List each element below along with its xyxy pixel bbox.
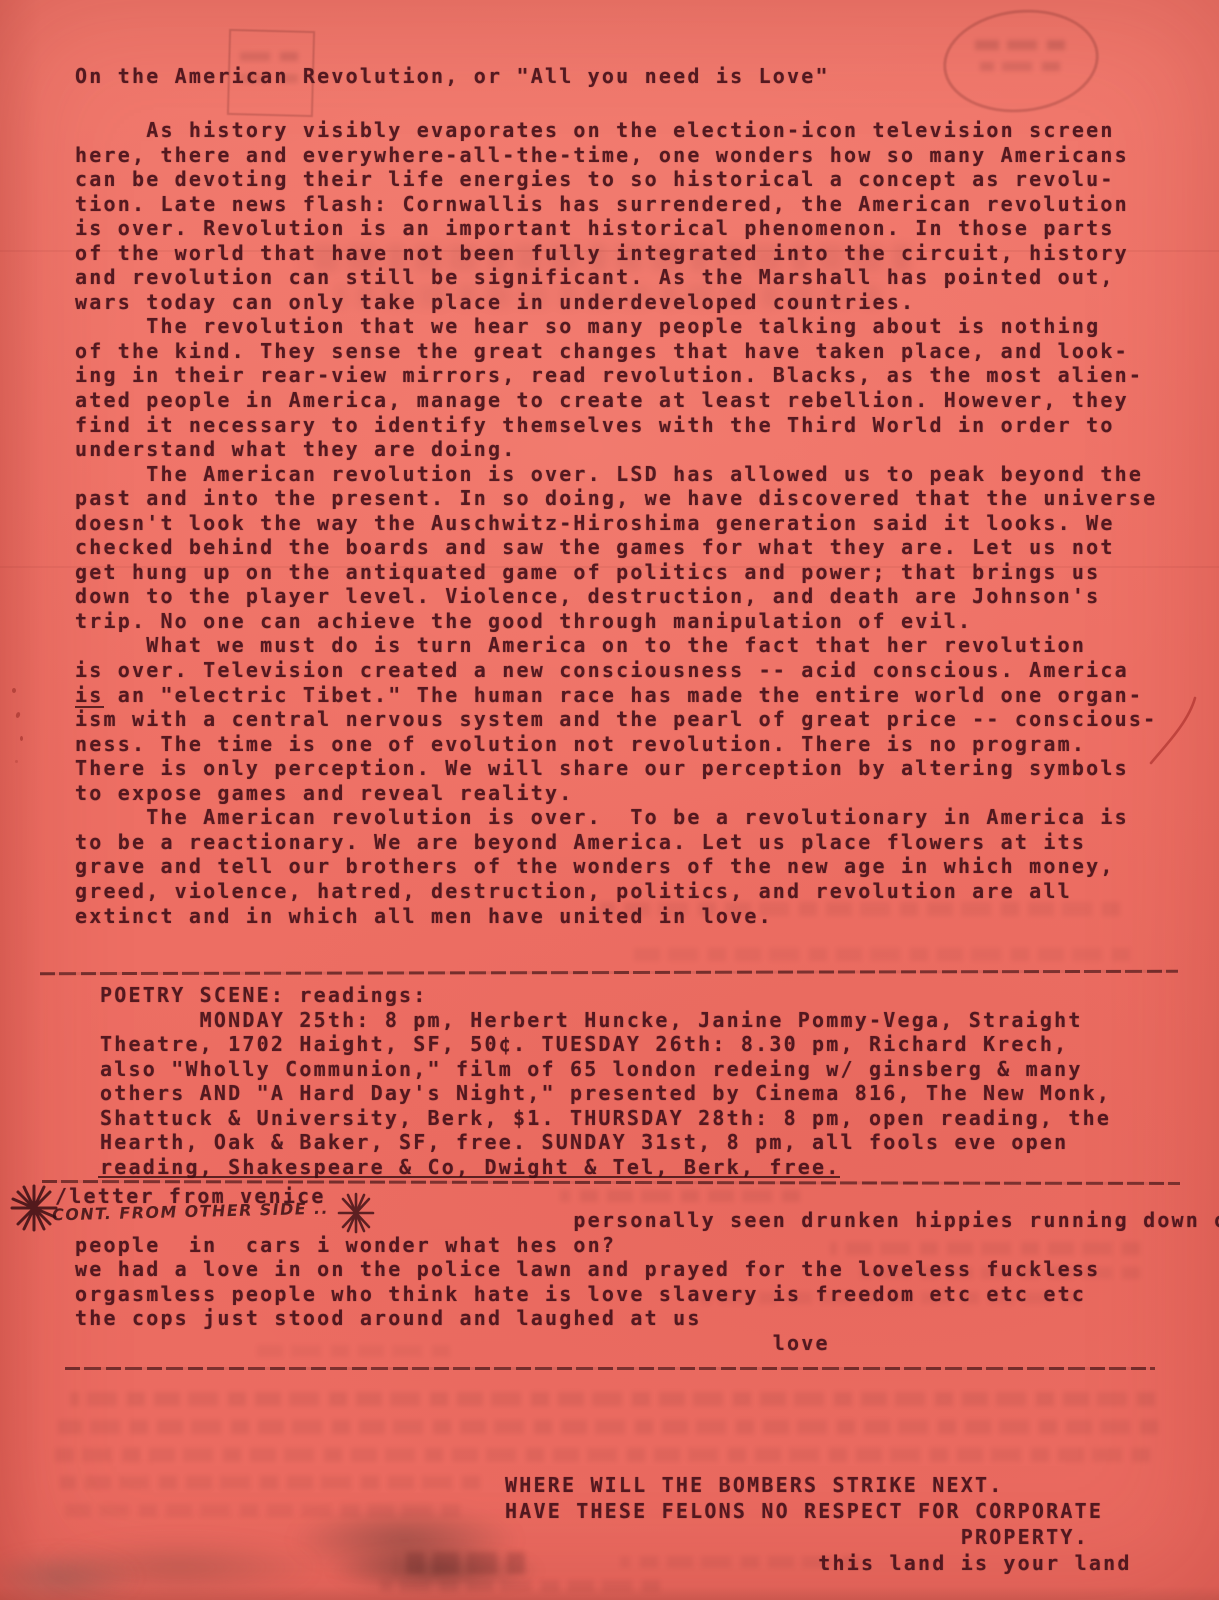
- bleedthrough-text: [560, 1190, 800, 1202]
- ink-speck: [15, 760, 18, 763]
- red-pen-mark: [1148, 695, 1200, 767]
- bleedthrough-text: [980, 62, 1060, 71]
- bleedthrough-stamp: [938, 2, 1104, 120]
- essay-body: As history visibly evaporates on the ele…: [75, 118, 1157, 928]
- ink-splat-star-icon: [10, 1184, 58, 1232]
- ink-speck: [20, 736, 23, 741]
- paper-edge-shade: [0, 0, 42, 1600]
- bleedthrough-text: [55, 1448, 1150, 1462]
- bottom-notice: WHERE WILL THE BOMBERS STRIKE NEXT. HAVE…: [505, 1472, 1132, 1576]
- letter-body: personally seen drunken hippies running …: [75, 1208, 1219, 1355]
- is-word-underline: [75, 706, 104, 708]
- ink-speck: [15, 711, 21, 718]
- section-divider: [40, 970, 1178, 975]
- bleedthrough-text: [58, 1420, 1158, 1434]
- section-divider: [65, 1367, 1155, 1370]
- bleedthrough-text: [60, 1476, 480, 1489]
- poetry-scene-listings: POETRY SCENE: readings: MONDAY 25th: 8 p…: [100, 983, 1111, 1179]
- bleedthrough-text: [70, 1392, 1155, 1406]
- document-page: On the American Revolution, or "All you …: [0, 0, 1219, 1600]
- bleedthrough-text: [630, 948, 1130, 961]
- page-title: On the American Revolution, or "All you …: [75, 64, 830, 89]
- ink-speck: [12, 688, 16, 693]
- poetry-last-line-underline: [98, 1176, 840, 1178]
- bleedthrough-text: [975, 40, 1065, 50]
- bleedthrough-text: [238, 52, 298, 61]
